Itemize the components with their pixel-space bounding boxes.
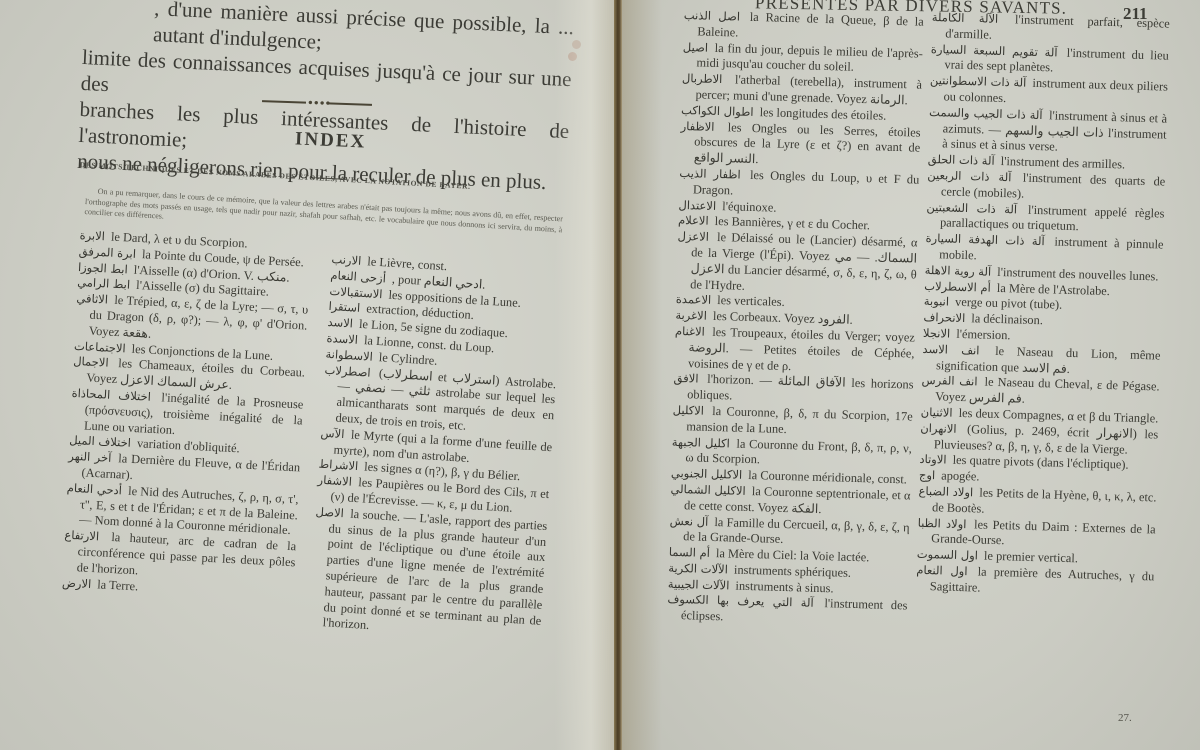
arabic-term: الاظفار <box>681 119 715 134</box>
arabic-term: الاعتدال <box>678 197 716 212</box>
arabic-term: الآس <box>320 425 345 440</box>
open-book-spread: , d'une manière aussi précise que possib… <box>0 0 1200 750</box>
arabic-term: الاجتماعات <box>74 338 126 355</box>
arabic-term: الآلات الجيبية <box>668 576 730 592</box>
index-title: INDEX <box>295 128 367 153</box>
arabic-term: آلة ذات الربعين <box>927 168 1011 184</box>
arabic-term: الارنب <box>331 252 362 268</box>
arabic-term: استقرا <box>328 299 360 315</box>
french-definition: les verticales. <box>717 293 785 309</box>
arabic-term: أدحي النعام <box>67 480 123 497</box>
arabic-term: اول السموت <box>917 547 979 563</box>
arabic-term: ابرة المرفق <box>78 244 136 261</box>
arabic-term: الاكليل الشمالي <box>670 482 746 498</box>
index-entry: آلة التي يعرف بها الكسوف l'instrument de… <box>667 592 908 630</box>
arabic-term: آلة ذات الهدفة السيارة <box>925 231 1044 248</box>
arabic-term: الانهران <box>920 421 957 436</box>
arabic-term: اختلاف الميل <box>69 433 131 450</box>
french-definition: le Cylindre. <box>379 350 438 368</box>
arabic-term: الآلات الكرية <box>668 561 728 577</box>
arabic-term: الابرة <box>79 228 105 243</box>
arabic-term: أزحى النعام <box>330 268 386 285</box>
arabic-term: الارتفاع <box>64 528 99 544</box>
french-definition: le premier vertical. <box>984 549 1078 566</box>
arabic-term: الافق <box>673 371 698 386</box>
french-definition: les Corbeaux. Voyez الفرود. <box>713 309 853 327</box>
arabic-term: الاثافي <box>76 291 108 307</box>
arabic-term: آلة تقويم السبعة السيارة <box>931 42 1058 60</box>
french-definition: l'émersion. <box>956 327 1011 343</box>
french-definition: la Terre. <box>97 577 139 593</box>
arabic-term: انبوبة <box>924 294 950 309</box>
french-definition: les longitudes des étoiles. <box>759 105 886 123</box>
arabic-term: اول النعام <box>916 563 968 578</box>
index-entry: الاصل la souche. — L'asle, rapport des p… <box>308 504 547 645</box>
french-definition: la Couronne, β, δ, π du Scorpion, 17e ma… <box>686 404 913 436</box>
index-column-right-2: الآلة الكاملة l'instrument parfait, espè… <box>916 10 1170 601</box>
arabic-term: آلة ذات الحلق <box>928 152 995 168</box>
arabic-term: انف الاسد <box>922 342 979 358</box>
french-definition: instruments à sinus. <box>735 578 833 595</box>
french-definition: l'horizon. — الآفاق المائلة les horizons… <box>687 372 914 402</box>
french-definition: les Ongles ou les Serres, étoiles obscur… <box>694 120 921 166</box>
arabic-term: آلة التي يعرف بها الكسوف <box>667 592 814 610</box>
french-definition: le Délaissé ou le (Lancier) désarmé, α d… <box>690 230 918 292</box>
arabic-term: الانحراف <box>923 310 965 325</box>
paper-stain <box>572 40 581 49</box>
arabic-term: آلة ذات الشعبتين <box>926 199 1017 216</box>
french-definition: la Mère de l'Astrolabe. <box>997 280 1110 297</box>
french-definition: la Famille du Cercueil, α, β, γ, δ, ε, ζ… <box>683 515 910 547</box>
french-definition: apogée. <box>941 469 980 484</box>
signature-mark: 27. <box>1118 712 1132 724</box>
french-definition: (Golius, p. 2469, écrit الانهرار) les Pl… <box>934 422 1159 456</box>
arabic-term: ابط الجوزا <box>78 260 128 277</box>
arabic-term: الاكليل الجنوبي <box>671 466 743 482</box>
arabic-term: اكليل الجبهة <box>672 434 730 450</box>
paper-stain <box>568 52 577 61</box>
arabic-term: الاوتاد <box>919 452 947 467</box>
arabic-term: آلة روية الاهلة <box>925 263 992 279</box>
french-definition: l'atherbal (terebella), instrument à per… <box>695 73 922 108</box>
index-entry: الاظفار les Ongles ou les Serres, étoile… <box>680 119 921 173</box>
french-definition: les Troupeaux, étoiles du Verger; voyez … <box>688 325 915 373</box>
arabic-term: الاصل <box>315 504 344 520</box>
index-entry: الاعزل le Délaissé ou le (Lancier) désar… <box>676 229 918 299</box>
arabic-term: الاغربة <box>675 308 707 323</box>
arabic-term: اصطرلاب <box>324 362 371 379</box>
french-definition: la hauteur, arc de cadran de la circonfé… <box>76 530 296 577</box>
arabic-term: انف الفرس <box>921 373 977 389</box>
arabic-term: آلة ذات الجيب والسمت <box>929 105 1043 122</box>
french-definition: la déclinaison. <box>971 311 1043 327</box>
arabic-term: الاجمال <box>73 354 109 370</box>
arabic-term: اولاد الضباع <box>918 484 973 500</box>
arabic-term: الاطربال <box>682 71 723 86</box>
left-page: , d'une manière aussi précise que possib… <box>0 0 615 750</box>
arabic-term: ابط الرامي <box>77 275 131 292</box>
arabic-term: الارض <box>62 575 92 590</box>
index-column-left-1: الابرة le Dard, λ et υ du Scorpion.ابرة … <box>62 228 312 603</box>
arabic-term: اطوال الكواكب <box>681 103 754 119</box>
arabic-term: آخر النهر <box>68 449 112 465</box>
index-column-left-2: الارنب le Lièvre, const.أزحى النعام , po… <box>308 252 563 645</box>
french-definition: verge ou pivot (tube). <box>955 295 1062 312</box>
french-definition: l'instrument des armilles. <box>1001 154 1126 171</box>
arabic-term: الاسطوانة <box>325 347 373 364</box>
arabic-term: الانجلا <box>923 326 951 341</box>
index-entry: الاغنام les Troupeaux, étoiles du Verger… <box>674 324 915 378</box>
index-entry: اول النعام la première des Autruches, γ … <box>916 563 1155 601</box>
arabic-term: الاشفار <box>317 473 352 489</box>
arabic-term: الاعلام <box>678 213 709 228</box>
arabic-term: الاثنيان <box>921 405 953 420</box>
arabic-term: الاعزل <box>677 229 709 244</box>
arabic-term: أم السما <box>669 545 710 560</box>
arabic-term: آل نعش <box>669 513 708 528</box>
french-definition: instruments sphériques. <box>734 563 851 580</box>
french-definition: la fin du jour, depuis le milieu de l'ap… <box>696 40 923 74</box>
french-definition: la souche. — L'asle, rapport des parties… <box>322 506 547 632</box>
arabic-term: الاشراط <box>318 457 358 473</box>
arabic-term: اختلاف المحاذاة <box>71 386 151 404</box>
arabic-term: اصل الذنب <box>684 8 741 24</box>
arabic-term: الاعمدة <box>676 292 712 307</box>
arabic-term: اولاد الظبا <box>917 515 966 530</box>
arabic-term: اصيل <box>683 40 709 55</box>
arabic-term: الاغنام <box>675 324 705 339</box>
arabic-term: الاستقبالات <box>329 284 383 301</box>
arabic-term: اوج <box>919 468 936 482</box>
arabic-term: الاكليل <box>673 403 705 418</box>
arabic-term: اظفار الذيب <box>679 166 741 182</box>
arabic-term: الاسد <box>327 315 353 331</box>
arabic-term: الاسدة <box>326 331 358 347</box>
arabic-term: أم الاسطرلاب <box>924 278 991 294</box>
french-definition: l'équinoxe. <box>722 199 777 215</box>
arabic-term: آلة ذات الاسطوانتين <box>930 73 1027 90</box>
book-gutter <box>614 0 622 750</box>
index-column-right-1: اصل الذنب la Racine de la Queue, β de la… <box>667 8 924 631</box>
index-entry: آلة ذات الجيب والسمت l'instrument à sinu… <box>928 105 1167 159</box>
arabic-term: الآلة الكاملة <box>932 10 999 26</box>
